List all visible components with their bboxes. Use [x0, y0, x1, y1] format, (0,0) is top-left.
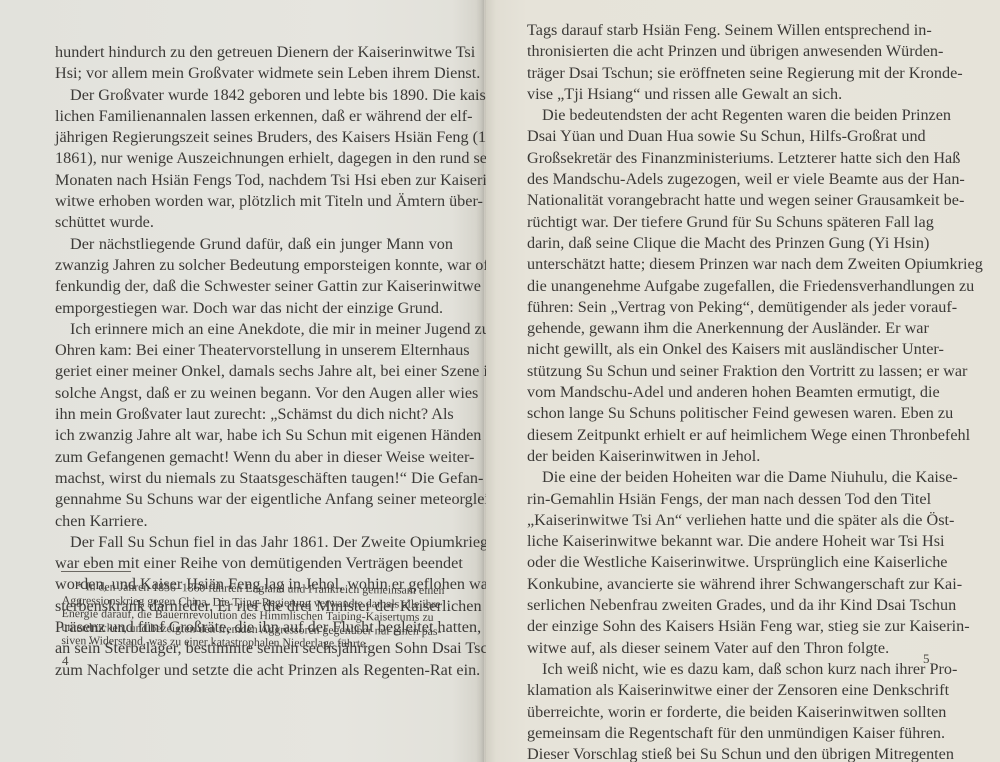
text-line: darin, daß seine Clique die Macht des Pr… — [527, 233, 925, 254]
text-line: ich zwanzig Jahre alt war, habe ich Su S… — [55, 425, 453, 446]
text-line: machst, wirst du niemals zu Staatsgeschä… — [55, 468, 453, 489]
text-line: der beiden Kaiserinwitwen in Jehol. — [527, 446, 925, 467]
text-line: Der Großvater wurde 1842 geboren und leb… — [55, 85, 453, 106]
text-line: Dieser Vorschlag stieß bei Su Schun und … — [527, 744, 925, 762]
text-line: rüchtigt war. Der tiefere Grund für Su S… — [527, 212, 925, 233]
text-line: unterschätzt hatte; diesem Prinzen war n… — [527, 254, 925, 275]
text-line: rin-Gemahlin Hsiän Fengs, der man nach d… — [527, 489, 925, 510]
text-line: schon lange Su Schuns politischer Feind … — [527, 403, 925, 424]
text-line: schüttet wurde. — [55, 212, 453, 233]
text-line: oder die Westliche Kaiserinwitwe. Ursprü… — [527, 552, 925, 573]
text-line: Tags darauf starb Hsiän Feng. Seinem Wil… — [527, 20, 925, 41]
text-line: Die bedeutendsten der acht Regenten ware… — [527, 105, 925, 126]
footnote-divider — [61, 571, 131, 572]
text-line: hundert hindurch zu den getreuen Dienern… — [55, 42, 453, 63]
text-line: Ohren kam: Bei einer Theatervorstellung … — [55, 340, 453, 361]
text-line: serlichen Nebenfrau zweiten Grades, und … — [527, 595, 925, 616]
text-line: träger Dsai Tschun; sie eröffneten seine… — [527, 63, 925, 84]
text-line: witwe auf, als dieser seinem Vater auf d… — [527, 638, 925, 659]
text-line: Konkubine, avancierte sie während ihrer … — [527, 574, 925, 595]
text-line: solche Angst, daß er zu weinen begann. V… — [55, 383, 453, 404]
text-line: zwanzig Jahren zu solcher Bedeutung empo… — [55, 255, 453, 276]
footnote: * In den Jahren 1856–1860 führten Englan… — [61, 580, 434, 652]
text-line: vise „Tji Hsiang“ und rissen alle Gewalt… — [527, 84, 925, 105]
text-line: gennahme Su Schuns war der eigentliche A… — [55, 489, 453, 510]
text-line: Nationalität vorangebracht hatte und weg… — [527, 190, 925, 211]
text-line: nicht gewillt, als ein Onkel des Kaisers… — [527, 339, 925, 360]
right-body-text: Tags darauf starb Hsiän Feng. Seinem Wil… — [527, 20, 925, 762]
book-spine — [476, 0, 484, 762]
text-line: zum Gefangenen gemacht! Wenn du aber in … — [55, 447, 453, 468]
text-line: gehende, gewann ihm die Anerkennung der … — [527, 318, 925, 339]
text-line: zum Nachfolger und setzte die acht Prinz… — [55, 660, 453, 681]
text-line: diesem Zeitpunkt erhielt er auf heimlich… — [527, 425, 925, 446]
text-line: führen: Sein „Vertrag von Peking“, demüt… — [527, 297, 925, 318]
text-line: Der nächstliegende Grund dafür, daß ein … — [55, 234, 453, 255]
text-line: lichen Familienannalen lassen erkennen, … — [55, 106, 453, 127]
text-line: thronisierten die acht Prinzen und übrig… — [527, 41, 925, 62]
text-line: emporgestiegen war. Doch war das nicht d… — [55, 298, 453, 319]
text-line: „Kaiserinwitwe Tsi An“ verliehen hatte u… — [527, 510, 925, 531]
text-line: chen Karriere. — [55, 511, 453, 532]
text-line: vom Mandschu-Adel und anderen hohen Beam… — [527, 382, 925, 403]
text-line: klamation als Kaiserinwitwe einer der Ze… — [527, 680, 925, 701]
text-line: Dsai Yüan und Duan Hua sowie Su Schun, H… — [527, 126, 925, 147]
text-line: ihn mein Großvater laut zurecht: „Schäms… — [55, 404, 453, 425]
text-line: Die eine der beiden Hoheiten war die Dam… — [527, 467, 925, 488]
text-line: witwe erhoben worden war, plötzlich mit … — [55, 191, 453, 212]
text-line: Hsi; vor allem mein Großvater widmete se… — [55, 63, 453, 84]
text-line: 1861), nur wenige Auszeichnungen erhielt… — [55, 148, 453, 169]
text-line: des Mandschu-Adels zugezogen, weil er vi… — [527, 169, 925, 190]
text-line: liche Kaiserinwitwe bekannt war. Die and… — [527, 531, 925, 552]
text-line: jährigen Regierungszeit seines Bruders, … — [55, 127, 453, 148]
text-line: Monaten nach Hsiän Fengs Tod, nachdem Ts… — [55, 170, 453, 191]
text-line: fenkundig der, daß die Schwester seiner … — [55, 276, 453, 297]
text-line: Ich weiß nicht, wie es dazu kam, daß sch… — [527, 659, 925, 680]
left-page: hundert hindurch zu den getreuen Dienern… — [0, 0, 486, 762]
text-line: Ich erinnere mich an eine Anekdote, die … — [55, 319, 453, 340]
text-line: gemeinsam die Regentschaft für den unmün… — [527, 723, 925, 744]
text-line: geriet einer meiner Onkel, damals sechs … — [55, 361, 453, 382]
text-line: stützung Su Schun und seiner Fraktion de… — [527, 361, 925, 382]
text-line: der einzige Sohn des Kaisers Hsiän Feng … — [527, 616, 925, 637]
text-line: Der Fall Su Schun fiel in das Jahr 1861.… — [55, 532, 453, 553]
text-line: überreichte, worin er forderte, die beid… — [527, 702, 925, 723]
text-line: Großsekretär des Finanzministeriums. Let… — [527, 148, 925, 169]
text-line: die unangenehme Aufgabe zugefallen, die … — [527, 276, 925, 297]
page-number-left: 4 — [62, 653, 69, 669]
